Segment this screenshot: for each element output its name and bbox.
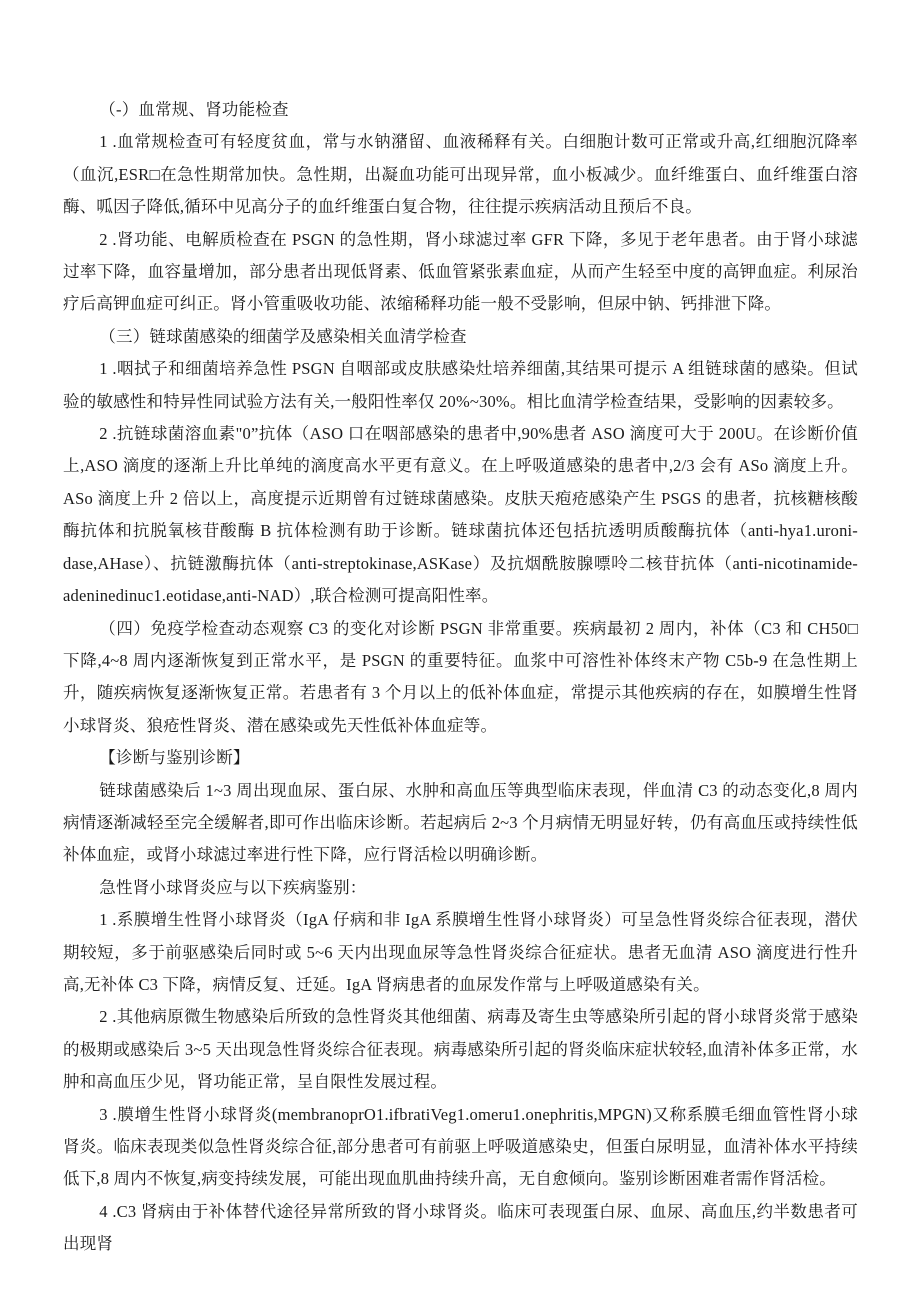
para-diff-c3-nephropathy: 4 .C3 肾病由于补体替代途径异常所致的肾小球肾炎。临床可表现蛋白尿、血尿、高… <box>63 1196 858 1261</box>
para-blood-routine-exam: 1 .血常规检查可有轻度贫血，常与水钠潴留、血液稀释有关。白细胞计数可正常或升高… <box>63 126 858 223</box>
document-page: （-）血常规、肾功能检查 1 .血常规检查可有轻度贫血，常与水钠潴留、血液稀释有… <box>0 0 920 1301</box>
para-throat-swab-culture: 1 .咽拭子和细菌培养急性 PSGN 自咽部或皮肤感染灶培养细菌,其结果可提示 … <box>63 353 858 418</box>
para-renal-function-electrolytes: 2 .肾功能、电解质检查在 PSGN 的急性期，肾小球滤过率 GFR 下降，多见… <box>63 224 858 321</box>
section-heading-diagnosis: 【诊断与鉴别诊断】 <box>63 742 858 774</box>
para-clinical-diagnosis: 链球菌感染后 1~3 周出现血尿、蛋白尿、水肿和高血压等典型临床表现，伴血清 C… <box>63 775 858 872</box>
section-heading-strep-serology: （三）链球菌感染的细菌学及感染相关血清学检查 <box>63 321 858 353</box>
para-differential-intro: 急性肾小球肾炎应与以下疾病鉴别： <box>63 872 858 904</box>
document-body: （-）血常规、肾功能检查 1 .血常规检查可有轻度贫血，常与水钠潴留、血液稀释有… <box>63 94 858 1261</box>
para-diff-mesangial-iga: 1 .系膜增生性肾小球肾炎（IgA 仔病和非 IgA 系膜增生性肾小球肾炎）可呈… <box>63 904 858 1001</box>
para-diff-mpgn: 3 .膜增生性肾小球肾炎(membranoprO1.ifbratiVeg1.om… <box>63 1099 858 1196</box>
para-diff-other-pathogens: 2 .其他病原微生物感染后所致的急性肾炎其他细菌、病毒及寄生虫等感染所引起的肾小… <box>63 1001 858 1098</box>
para-immunology-c3: （四）免疫学检查动态观察 C3 的变化对诊断 PSGN 非常重要。疾病最初 2 … <box>63 613 858 743</box>
para-aso-antibody: 2 .抗链球菌溶血素"0”抗体（ASO 口在咽部感染的患者中,90%患者 ASO… <box>63 418 858 612</box>
section-heading-blood-renal-exam: （-）血常规、肾功能检查 <box>63 94 858 126</box>
